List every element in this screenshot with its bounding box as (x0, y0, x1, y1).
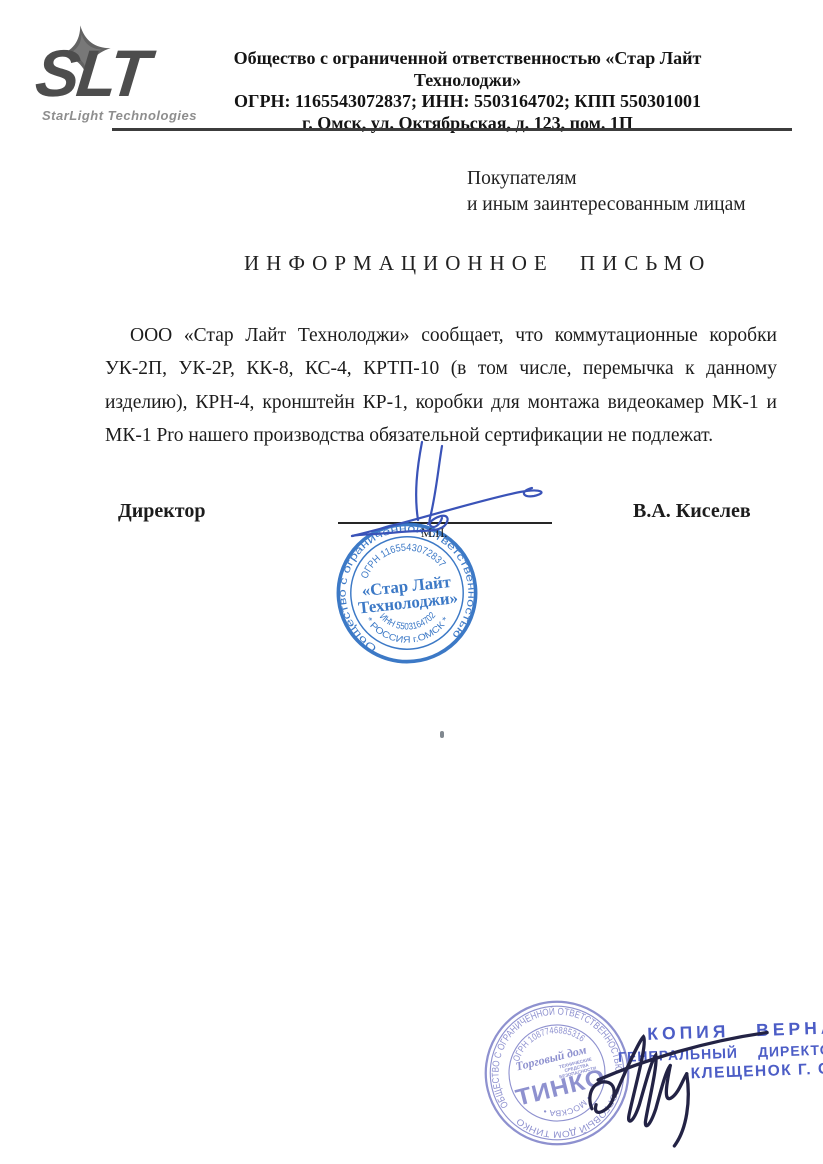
logo-acronym: SLT (33, 40, 151, 106)
scan-speck (440, 731, 444, 738)
signer-name: В.А. Киселев (633, 500, 751, 523)
body-line: изделию), КРН-4, кронштейн КР-1, коробки… (105, 386, 777, 419)
addressee-line-1: Покупателям (467, 166, 746, 192)
letterhead-registration-numbers: ОГРН: 1165543072837; ИНН: 5503164702; КП… (185, 91, 750, 113)
letter-title: ИНФОРМАЦИОННОЕ ПИСЬМО (244, 251, 711, 276)
letterhead-company-name: Общество с ограниченной ответственностью… (185, 48, 750, 91)
logo-tagline: StarLight Technologies (42, 108, 197, 123)
certifier-signature (583, 1014, 775, 1150)
body-line: УК-2П, УК-2Р, КК-8, КС-4, КРТП-10 (в том… (105, 352, 777, 385)
addressee-line-2: и иным заинтересованным лицам (467, 192, 746, 218)
addressee-block: Покупателям и иным заинтересованным лица… (467, 166, 746, 218)
letter-page: SLT StarLight Technologies Общество с ог… (0, 0, 823, 1164)
body-line: ООО «Стар Лайт Технолоджи» сообщает, что… (105, 319, 777, 352)
signer-position-label: Директор (118, 500, 206, 523)
letterhead: Общество с ограниченной ответственностью… (185, 48, 750, 134)
letterhead-divider (112, 128, 792, 131)
director-signature (330, 436, 565, 541)
letter-body: ООО «Стар Лайт Технолоджи» сообщает, что… (105, 319, 777, 453)
